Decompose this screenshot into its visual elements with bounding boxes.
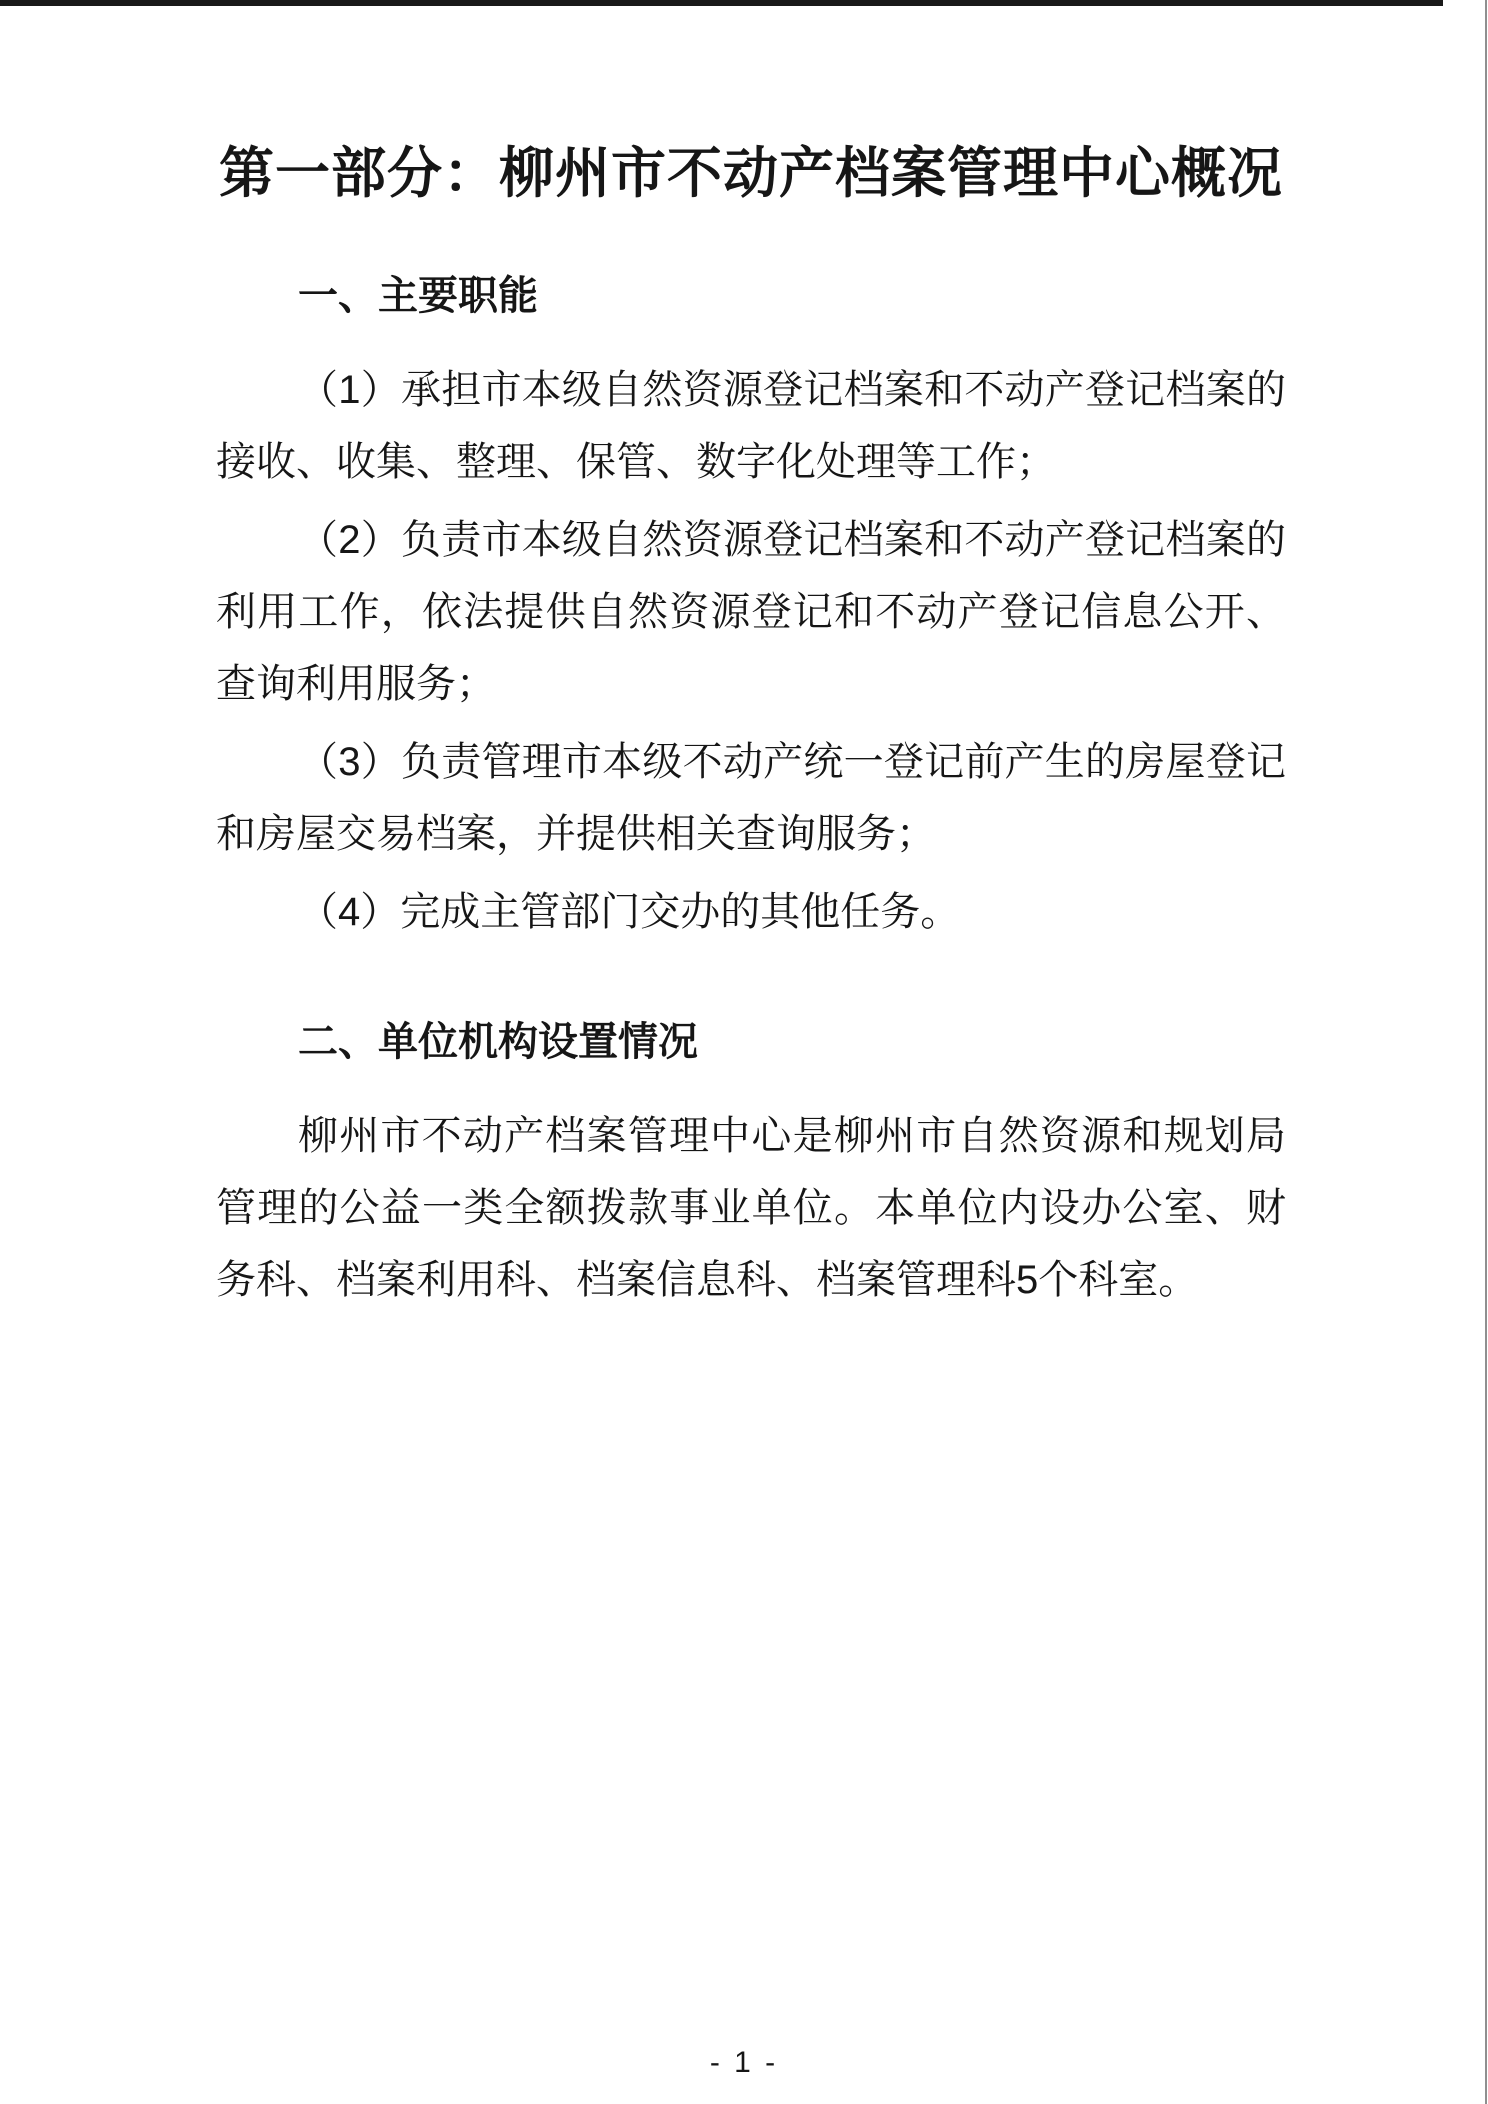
paragraph-duty-3: （3）负责管理市本级不动产统一登记前产生的房屋登记和房屋交易档案，并提供相关查询… xyxy=(216,726,1286,870)
document-title: 第一部分：柳州市不动产档案管理中心概况 xyxy=(216,144,1286,202)
page-number: - 1 - xyxy=(0,2046,1488,2080)
section-heading-1: 一、主要职能 xyxy=(216,272,1286,320)
paragraph-org-structure: 柳州市不动产档案管理中心是柳州市自然资源和规划局管理的公益一类全额拨款事业单位。… xyxy=(216,1100,1286,1316)
paragraph-duty-2: （2）负责市本级自然资源登记档案和不动产登记档案的利用工作，依法提供自然资源登记… xyxy=(216,504,1286,720)
section-heading-2: 二、单位机构设置情况 xyxy=(216,1018,1286,1066)
document-page: 第一部分：柳州市不动产档案管理中心概况 一、主要职能 （1）承担市本级自然资源登… xyxy=(0,0,1488,2104)
document-content: 第一部分：柳州市不动产档案管理中心概况 一、主要职能 （1）承担市本级自然资源登… xyxy=(216,0,1286,1316)
paragraph-duty-1: （1）承担市本级自然资源登记档案和不动产登记档案的接收、收集、整理、保管、数字化… xyxy=(216,354,1286,498)
scan-artifact-right-edge-line xyxy=(1485,0,1487,2104)
paragraph-duty-4: （4）完成主管部门交办的其他任务。 xyxy=(216,876,1286,948)
